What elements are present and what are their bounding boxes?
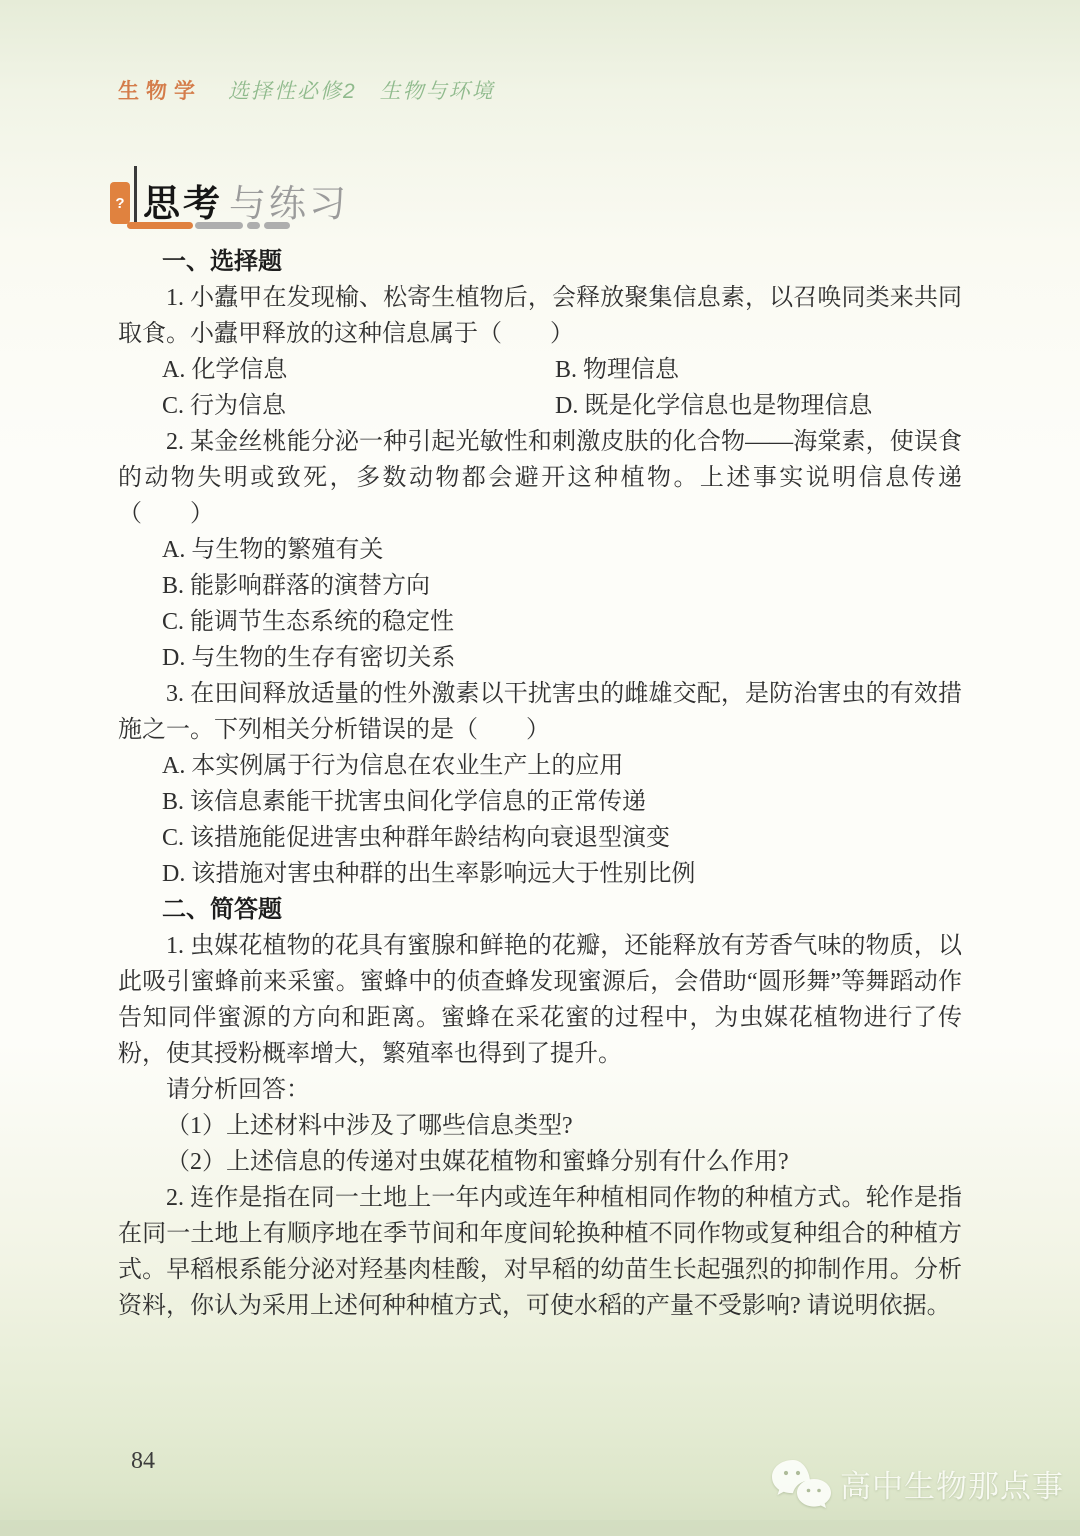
title-underline: [127, 222, 290, 229]
section-title-block: ? 思考与练习: [110, 166, 349, 226]
section-title: 思考与练习: [143, 182, 349, 226]
short-answer-q2-stem: 2. 连作是指在同一土地上一年内或连年种植相同作物的种植方式。轮作是指在同一土地…: [118, 1180, 962, 1324]
choice-section-heading: 一、选择题: [118, 244, 962, 280]
choice-q2-stem: 2. 某金丝桃能分泌一种引起光敏性和刺激皮肤的化合物——海棠素，使误食的动物失明…: [118, 424, 962, 532]
underline-orange-segment: [127, 222, 193, 229]
watermark: 高中生物那点事: [769, 1458, 1064, 1508]
choice-q3-option-c: C. 该措施能促进害虫种群年龄结构向衰退型演变: [118, 820, 962, 856]
choice-q2-option-a: A. 与生物的繁殖有关: [118, 532, 962, 568]
page-bottom-edge: [0, 1520, 1080, 1536]
choice-q1-stem: 1. 小蠹甲在发现榆、松寄生植物后，会释放聚集信息素，以召唤同类来共同取食。小蠹…: [118, 280, 962, 352]
choice-q1-options: A. 化学信息 B. 物理信息 C. 行为信息 D. 既是化学信息也是物理信息: [118, 352, 962, 424]
book-subject: 生物学: [118, 80, 202, 103]
wechat-icon: [769, 1458, 833, 1508]
choice-q3-stem: 3. 在田间释放适量的性外激素以干扰害虫的雌雄交配，是防治害虫的有效措施之一。下…: [118, 676, 962, 748]
choice-q2-option-c: C. 能调节生态系统的稳定性: [118, 604, 962, 640]
choice-q1-option-b: B. 物理信息: [555, 352, 962, 388]
short-answer-q1-sub2: （2）上述信息的传递对虫媒花植物和蜜蜂分别有什么作用?: [118, 1144, 962, 1180]
question-mark-icon: ?: [110, 182, 130, 224]
textbook-page: 生物学选择性必修2 生物与环境 ? 思考与练习 一、选择题 1. 小蠹甲在发现榆…: [0, 0, 1080, 1536]
choice-q2-option-d: D. 与生物的生存有密切关系: [118, 640, 962, 676]
section-title-primary: 思考: [143, 183, 223, 224]
title-vertical-rule: [134, 166, 137, 226]
page-number: 84: [131, 1448, 155, 1475]
choice-q1-option-c: C. 行为信息: [162, 388, 555, 424]
choice-q2-option-b: B. 能影响群落的演替方向: [118, 568, 962, 604]
choice-q1-option-d: D. 既是化学信息也是物理信息: [555, 388, 962, 424]
running-head: 生物学选择性必修2 生物与环境: [118, 80, 495, 104]
short-answer-q1-stem: 1. 虫媒花植物的花具有蜜腺和鲜艳的花瓣，还能释放有芳香气味的物质，以此吸引蜜蜂…: [118, 928, 962, 1072]
watermark-text: 高中生物那点事: [840, 1461, 1064, 1506]
short-answer-q1-prompt: 请分析回答：: [118, 1072, 962, 1108]
underline-gray-segment: [264, 222, 290, 229]
choice-q3-option-d: D. 该措施对害虫种群的出生率影响远大于性别比例: [118, 856, 962, 892]
short-answer-section-heading: 二、简答题: [118, 892, 962, 928]
underline-gray-segment: [247, 222, 260, 229]
underline-gray-segment: [195, 222, 243, 229]
choice-q1-option-a: A. 化学信息: [162, 352, 555, 388]
choice-q3-option-b: B. 该信息素能干扰害虫间化学信息的正常传递: [118, 784, 962, 820]
short-answer-q1-sub1: （1）上述材料中涉及了哪些信息类型?: [118, 1108, 962, 1144]
section-title-secondary: 与练习: [229, 183, 349, 224]
book-course-title: 选择性必修2 生物与环境: [228, 80, 495, 103]
exercise-content: 一、选择题 1. 小蠹甲在发现榆、松寄生植物后，会释放聚集信息素，以召唤同类来共…: [118, 244, 962, 1324]
choice-q3-option-a: A. 本实例属于行为信息在农业生产上的应用: [118, 748, 962, 784]
